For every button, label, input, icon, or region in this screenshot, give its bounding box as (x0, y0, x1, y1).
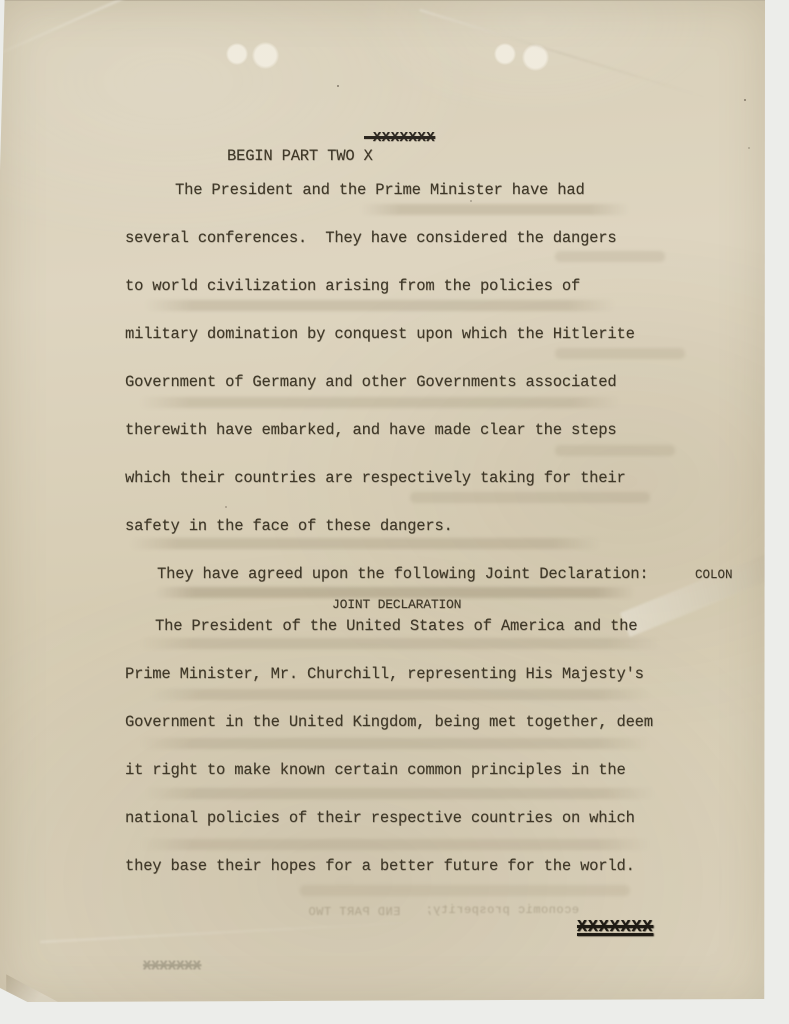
typed-line: national policies of their respective co… (125, 809, 635, 827)
strikeout-marks-top: -XXXXXXX (364, 130, 435, 146)
bleed-smudge (140, 397, 620, 408)
typed-line: it right to make known certain common pr… (125, 761, 626, 779)
speck (337, 85, 339, 87)
paper-crease (419, 9, 706, 99)
bleed-smudge (140, 738, 650, 749)
bleed-smudge (555, 251, 665, 262)
typed-line: Prime Minister, Mr. Churchill, represent… (125, 665, 644, 683)
scanned-document-page: { "page": { "strike_top": "-XXXXXXX", "h… (0, 0, 789, 1024)
speck (744, 99, 746, 101)
typed-line: Government of Germany and other Governme… (125, 373, 616, 391)
paper-crease (0, 0, 255, 63)
colon-annotation: COLON (695, 568, 733, 582)
bleed-smudge (555, 348, 685, 359)
bleed-text-economic-prosperity: economic prosperity; (425, 903, 579, 917)
typed-line: safety in the face of these dangers. (125, 517, 453, 535)
bleed-smudge (130, 538, 600, 549)
speck (470, 200, 472, 202)
punch-hole (252, 42, 279, 69)
typed-line: which their countries are respectively t… (125, 469, 626, 487)
bleed-smudge (410, 492, 650, 503)
strikeout-marks-bottom: XXXXXXX (577, 917, 653, 936)
typed-line: The President of the United States of Am… (155, 617, 637, 635)
section-heading: BEGIN PART TWO X (227, 147, 373, 165)
typed-line: to world civilization arising from the p… (125, 277, 580, 295)
subheading: JOINT DECLARATION (332, 597, 461, 612)
speck (225, 506, 227, 508)
bleed-text-end-part-two: END PART TWO (308, 905, 400, 919)
folded-corner (6, 967, 60, 1003)
typed-line: they base their hopes for a better futur… (125, 857, 635, 875)
typed-line: The President and the Prime Minister hav… (175, 181, 585, 199)
bleed-smudge (145, 788, 655, 799)
bleed-smudge (150, 689, 650, 700)
typed-line: Government in the United Kingdom, being … (125, 713, 653, 731)
typed-line: They have agreed upon the following Join… (157, 565, 648, 583)
typed-line: military domination by conquest upon whi… (125, 325, 635, 343)
bleed-smudge (555, 445, 675, 456)
bleed-smudge (300, 885, 630, 896)
bleed-smudge (360, 204, 630, 215)
typed-line: therewith have embarked, and have made c… (125, 421, 616, 439)
bleed-smudge (145, 300, 615, 311)
bleed-smudge (140, 638, 660, 649)
punch-hole (226, 43, 248, 65)
strikeout-marks-faint: XXXXXXX (143, 958, 201, 973)
punch-hole (494, 43, 516, 65)
paper-crease (620, 549, 787, 637)
typed-line: several conferences. They have considere… (125, 229, 616, 247)
bleed-smudge (140, 839, 650, 850)
paper-crease (40, 921, 420, 943)
speck (748, 147, 750, 149)
paper-sheet: -XXXXXXX BEGIN PART TWO X The President … (0, 0, 765, 1002)
